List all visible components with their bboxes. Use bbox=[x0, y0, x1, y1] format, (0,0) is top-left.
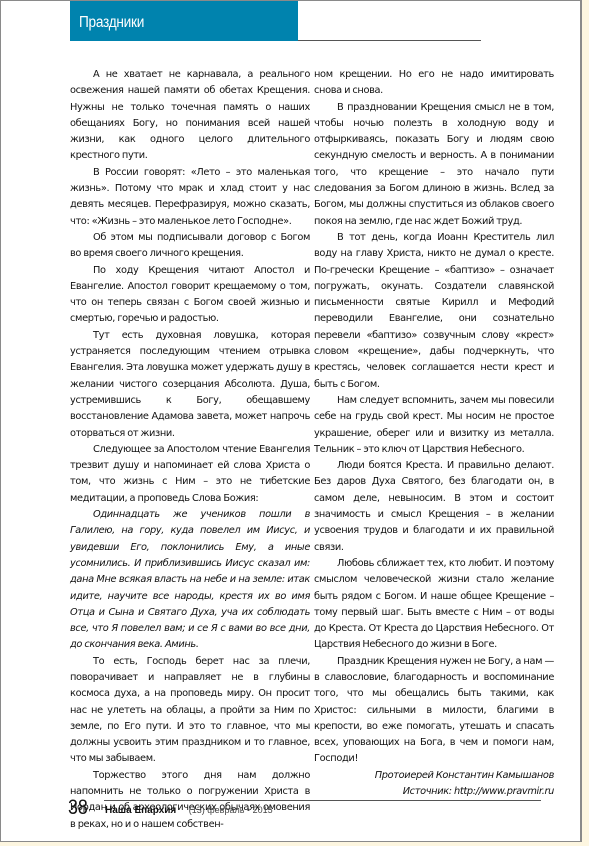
magazine-page: Праздники А не хватает не карнавала, а р… bbox=[0, 0, 582, 842]
footer-rule bbox=[104, 800, 541, 801]
paragraph: Тут есть духовная ловушка, которая устра… bbox=[70, 328, 310, 442]
author-signature: Протоиерей Константин Камышанов bbox=[314, 768, 554, 784]
paragraph: Праздник Крещения нужен не Богу, а нам —… bbox=[314, 654, 554, 768]
section-header-bar: Праздники bbox=[70, 1, 298, 41]
paragraph: Следующее за Апостолом чтение Евангелия … bbox=[70, 442, 310, 507]
paragraph: По ходу Крещения читают Апостол и Еванге… bbox=[70, 263, 310, 328]
paragraph: А не хватает не карнавала, а реального о… bbox=[70, 67, 310, 165]
article-column-left: А не хватает не карнавала, а реального о… bbox=[70, 67, 310, 833]
scripture-quote: Одиннадцать же учеников пошли в Галилею,… bbox=[70, 507, 310, 654]
page-number: 38 bbox=[68, 796, 88, 820]
magazine-name: Наша Епархия bbox=[105, 805, 176, 816]
paragraph-continuation: ном крещении. Но его не надо имитировать… bbox=[314, 67, 554, 100]
header-rule bbox=[298, 40, 481, 41]
paragraph: Любовь сближает тех, кто любит. И поэтом… bbox=[314, 556, 554, 654]
section-title: Праздники bbox=[79, 14, 144, 32]
paragraph: В тот день, когда Иоанн Креститель лил в… bbox=[314, 230, 554, 393]
paragraph: Люди боятся Креста. И правильно делают. … bbox=[314, 458, 554, 556]
paragraph: В России говорят: «Лето – это маленькая … bbox=[70, 165, 310, 230]
paragraph: Об этом мы подписывали договор с Богом в… bbox=[70, 230, 310, 263]
source-credit: Источник: http://www.pravmir.ru bbox=[314, 784, 554, 800]
paragraph: Нам следует вспомнить, зачем мы повесили… bbox=[314, 393, 554, 458]
issue-info: (13) февраль • 2015 bbox=[189, 805, 273, 815]
footer-publication: Наша Епархия (13) февраль • 2015 bbox=[105, 805, 273, 816]
paragraph: То есть, Господь берет нас за плечи, пов… bbox=[70, 654, 310, 768]
paragraph: В праздновании Крещения смысл не в том, … bbox=[314, 100, 554, 230]
article-column-right: ном крещении. Но его не надо имитировать… bbox=[314, 67, 554, 800]
